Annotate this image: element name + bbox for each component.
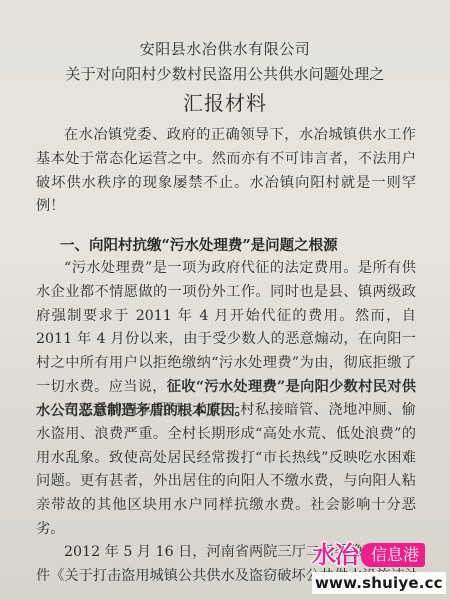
- watermark-tag: 信息港: [361, 543, 425, 567]
- section-1-heading: 一、向阳村抗缴“污水处理费”是问题之根源: [60, 234, 338, 255]
- watermark-url: www.shuiye.cc: [312, 572, 446, 594]
- report-main-title: 汇报材料: [0, 87, 450, 116]
- company-name-title: 安阳县水冶供水有限公司: [0, 38, 450, 59]
- document-page: 安阳县水冶供水有限公司 关于对向阳村少数村民盗用公共供水问题处理之 汇报材料 在…: [0, 0, 450, 600]
- paragraph-text: “污水处理费”是一项为政府代征的法定费用。是所有供水企业都不情愿做的一项份外工作…: [36, 260, 416, 395]
- watermark-logo: 水冶: [312, 542, 358, 568]
- report-subject-title: 关于对向阳村少数村民盗用公共供水问题处理之: [0, 63, 450, 84]
- section-1-paragraph-2: 在之后的四年期间，向阳一村私接暗管、浇地冲厕、偷水盗用、浪费严重。全村长期形成“…: [36, 399, 416, 542]
- intro-paragraph: 在水冶镇党委、政府的正确领导下，水冶城镇供水工作基本处于常态化运营之中。然而亦有…: [36, 124, 416, 219]
- site-watermark: 水冶 信息港 www.shuiye.cc: [308, 542, 448, 598]
